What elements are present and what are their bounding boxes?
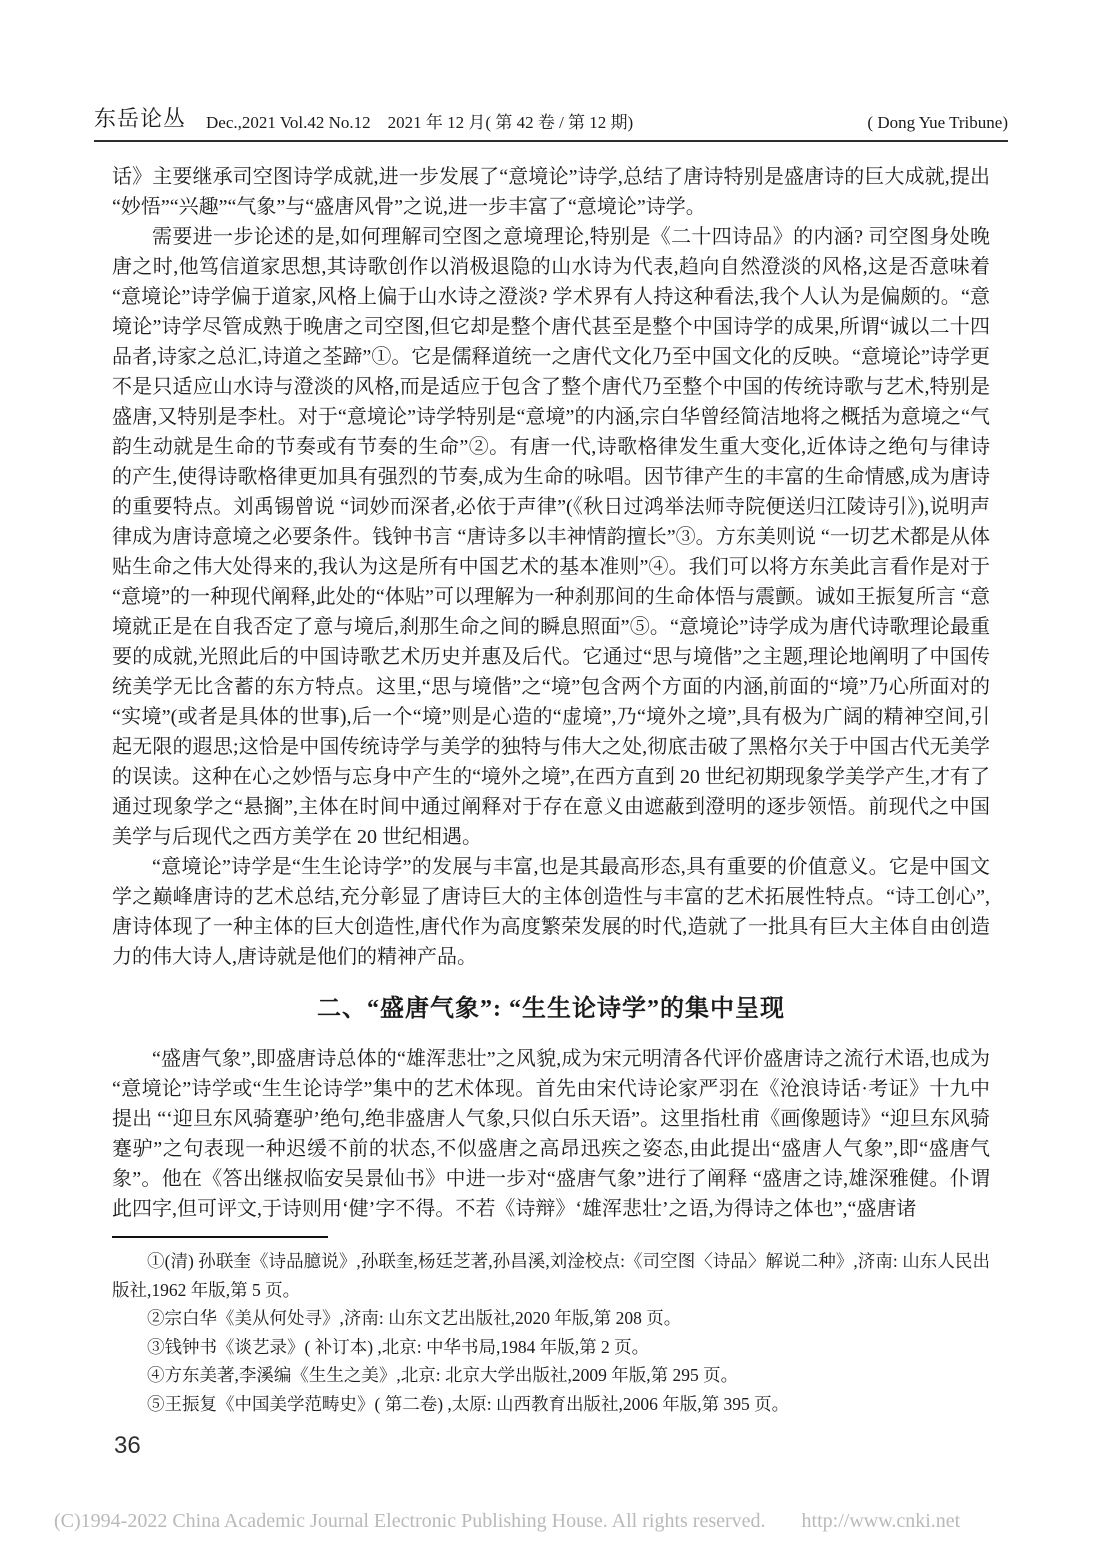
copyright-footer: (C)1994-2022 China Academic Journal Elec…	[54, 1510, 960, 1533]
journal-name: 东岳论丛	[94, 102, 186, 133]
footnote-2: ②宗白华《美从何处寻》,济南: 山东文艺出版社,2020 年版,第 208 页。	[112, 1304, 990, 1333]
article-body: 话》主要继承司空图诗学成就,进一步发展了“意境论”诗学,总结了唐诗特别是盛唐诗的…	[112, 162, 990, 1224]
footnote-3: ③钱钟书《谈艺录》( 补订本) ,北京: 中华书局,1984 年版,第 2 页。	[112, 1333, 990, 1362]
page-number: 36	[114, 1432, 1102, 1460]
journal-page: 东岳论丛 Dec.,2021 Vol.42 No.12 2021 年 12 月(…	[0, 0, 1102, 1559]
section-heading: 二、“盛唐气象”: “生生论诗学”的集中呈现	[112, 994, 990, 1024]
copyright-text: (C)1994-2022 China Academic Journal Elec…	[54, 1510, 766, 1532]
footnote-4: ④方东美著,李溪编《生生之美》,北京: 北京大学出版社,2009 年版,第 29…	[112, 1361, 990, 1390]
footer-url: http://www.cnki.net	[802, 1510, 961, 1532]
journal-name-en: ( Dong Yue Tribune)	[867, 113, 1008, 133]
paragraph: “意境论”诗学是“生生论诗学”的发展与丰富,也是其最高形态,具有重要的价值意义。…	[112, 852, 990, 972]
paragraph: “盛唐气象”,即盛唐诗总体的“雄浑悲壮”之风貌,成为宋元明清各代评价盛唐诗之流行…	[112, 1044, 990, 1224]
paragraph: 需要进一步论述的是,如何理解司空图之意境理论,特别是《二十四诗品》的内涵? 司空…	[112, 222, 990, 852]
footnote-separator-rule	[112, 1236, 328, 1238]
header-rule	[94, 140, 1008, 142]
issue-info: Dec.,2021 Vol.42 No.12 2021 年 12 月( 第 42…	[206, 108, 633, 133]
paragraph-continuation: 话》主要继承司空图诗学成就,进一步发展了“意境论”诗学,总结了唐诗特别是盛唐诗的…	[112, 162, 990, 222]
footnote-1: ①(清) 孙联奎《诗品臆说》,孙联奎,杨廷芝著,孙昌溪,刘淦校点:《司空图〈诗品…	[112, 1247, 990, 1304]
footnote-5: ⑤王振复《中国美学范畴史》( 第二卷) ,太原: 山西教育出版社,2006 年版…	[112, 1390, 990, 1419]
header-left: 东岳论丛 Dec.,2021 Vol.42 No.12 2021 年 12 月(…	[94, 102, 633, 133]
footnotes-block: ①(清) 孙联奎《诗品臆说》,孙联奎,杨廷芝著,孙昌溪,刘淦校点:《司空图〈诗品…	[112, 1247, 990, 1418]
journal-header: 东岳论丛 Dec.,2021 Vol.42 No.12 2021 年 12 月(…	[94, 0, 1008, 133]
